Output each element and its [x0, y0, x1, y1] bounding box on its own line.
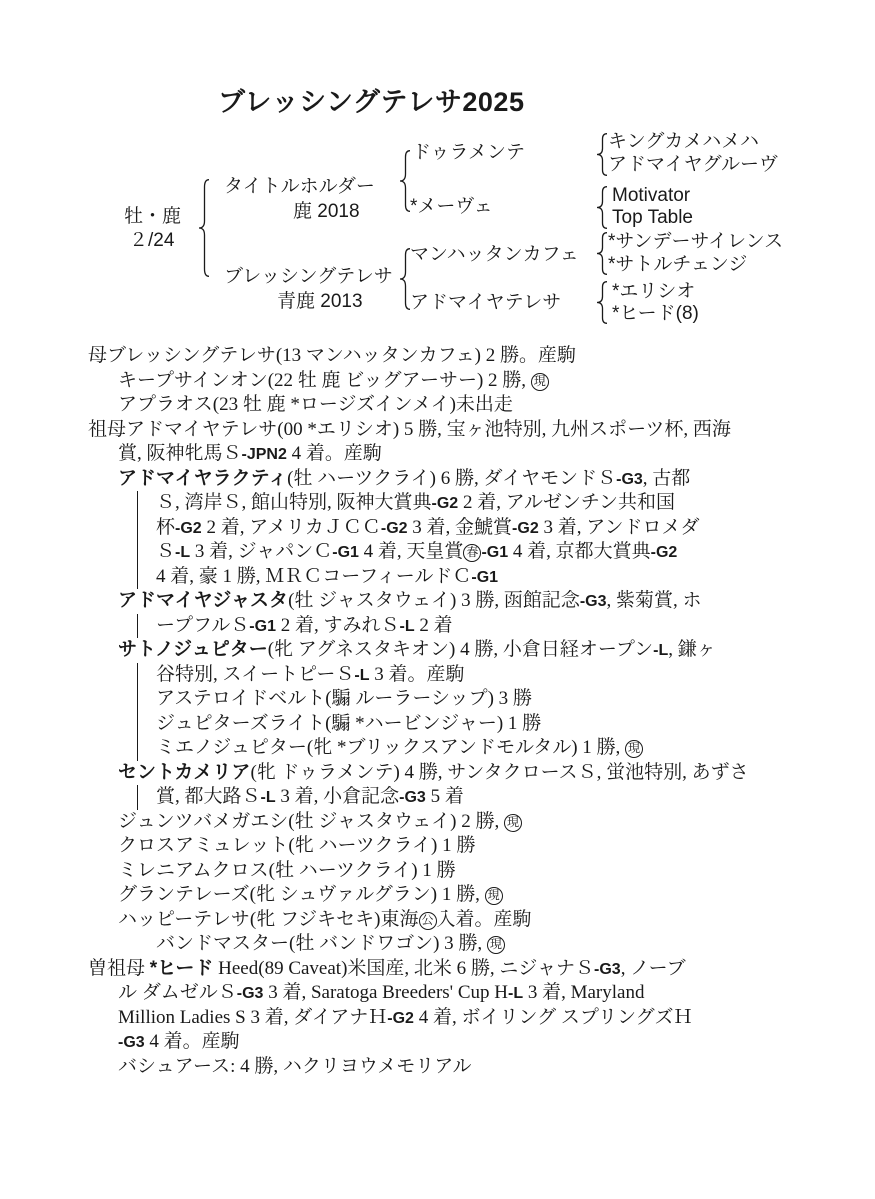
note-text: 3 着, アンドロメダ: [539, 517, 700, 538]
note-text: Million Ladies S 3 着, ダイアナＨ: [118, 1007, 387, 1028]
horse-name: セントカメリア: [118, 762, 250, 783]
note-text: 入着。産駒: [437, 909, 532, 930]
circled-mark: 現: [504, 814, 522, 832]
note-text: 4 着, 天皇賞: [359, 541, 464, 562]
note-text: , ノーブ: [621, 958, 686, 979]
grade-tag: -G2: [651, 544, 678, 561]
grade-tag: -G2: [432, 495, 459, 512]
sire-name: タイトルホルダー: [224, 176, 375, 197]
note-text: 4 着。産駒: [287, 443, 382, 464]
note-text: ミエノジュピター(牝 *ブリックスアンドモルタル) 1 勝,: [156, 737, 625, 758]
note-text: アステロイドベルト(騸 ルーラーシップ) 3 勝: [156, 688, 532, 709]
note-text: ハッピーテレサ(牝 フジキセキ)東海: [118, 909, 419, 930]
note-text: 3 着, 金鯱賞: [408, 517, 513, 538]
brace-icon: [596, 133, 608, 176]
note-text: 3 着, ジャパンＣ: [190, 541, 332, 562]
note-text: (牡 ジャスタウェイ) 3 勝, 函館記念: [288, 590, 580, 611]
dam-name: ブレッシングテレサ: [224, 266, 393, 287]
grade-tag: -G1: [332, 544, 359, 561]
grade-tag: -G3: [580, 593, 607, 610]
pedigree-line: ジュピターズライト(騸 *ハービンジャー) 1 勝: [88, 712, 788, 737]
brace-icon: [596, 281, 608, 324]
note-text: ミレニアムクロス(牡 ハーツクライ) 1 勝: [118, 860, 456, 881]
pedigree-line: 谷特別, スイートピーＳ-L 3 着。産駒: [88, 663, 788, 688]
pedigree-line: サトノジュピター(牝 アグネスタキオン) 4 勝, 小倉日経オープン-L, 鎌ヶ: [88, 638, 788, 663]
brace-icon: [596, 186, 608, 229]
note-text: Ｓ, 湾岸Ｓ, 館山特別, 阪神大賞典: [156, 492, 432, 513]
pedigree-notes: 母ブレッシングテレサ(13 マンハッタンカフェ) 2 勝。産駒キープサインオン(…: [88, 344, 788, 1079]
great-grandparent-name: *エリシオ: [612, 281, 695, 302]
note-text: グランテレーズ(牝 シュヴァルグラン) 1 勝,: [118, 884, 485, 905]
grade-tag: -L: [508, 985, 523, 1002]
note-text: バンドマスター(牡 バンドワゴン) 3 勝,: [156, 933, 487, 954]
grade-tag: -G3: [237, 985, 264, 1002]
note-text: 祖母アドマイヤテレサ(00 *エリシオ) 5 勝, 宝ヶ池特別, 九州スポーツ杯…: [88, 419, 731, 440]
note-text: 4 着, ボイリング スプリングズＨ: [414, 1007, 693, 1028]
pedigree-line: アドマイヤジャスタ(牡 ジャスタウェイ) 3 勝, 函館記念-G3, 紫菊賞, …: [88, 589, 788, 614]
circled-mark: 現: [625, 740, 643, 758]
note-text: Heed(89 Caveat)米国産, 北米 6 勝, ニジャナＳ: [213, 958, 594, 979]
note-text: (牡 ハーツクライ) 6 勝, ダイヤモンドＳ: [287, 468, 616, 489]
pedigree-line: 賞, 阪神牝馬Ｓ-JPN2 4 着。産駒: [88, 442, 788, 467]
circled-mark: 現: [531, 373, 549, 391]
subject-sex-coat: 牡・鹿: [124, 206, 181, 227]
circled-mark: 現: [487, 936, 505, 954]
note-text: , 鎌ヶ: [668, 639, 716, 660]
grade-tag: -G3: [399, 789, 426, 806]
great-grandparent-name: アドマイヤグルーヴ: [608, 154, 778, 175]
note-text: 杯: [156, 517, 175, 538]
pedigree-line: セントカメリア(牝 ドゥラメンテ) 4 勝, サンタクロースＳ, 蛍池特別, あ…: [88, 761, 788, 786]
note-text: 3 着, Maryland: [523, 982, 644, 1003]
pedigree-line: ル ダムゼルＳ-G3 3 着, Saratoga Breeders' Cup H…: [88, 981, 788, 1006]
note-text: バシュアース: 4 勝, ハクリヨウメモリアル: [118, 1056, 472, 1077]
note-text: 母ブレッシングテレサ(13 マンハッタンカフェ) 2 勝。産駒: [88, 345, 576, 366]
grade-tag: -L: [354, 667, 369, 684]
brace-icon: [596, 232, 608, 275]
brace-icon: [198, 179, 210, 277]
pedigree-line: クロスアミュレット(牝 ハーツクライ) 1 勝: [88, 834, 788, 859]
pedigree-line: グランテレーズ(牝 シュヴァルグラン) 1 勝, 現: [88, 883, 788, 908]
grade-tag: -L: [653, 642, 668, 659]
grandparent-name: アドマイヤテレサ: [410, 292, 561, 313]
grandparent-name: マンハッタンカフェ: [410, 244, 579, 265]
note-text: Ｓ: [156, 541, 175, 562]
note-text: 3 着。産駒: [369, 664, 464, 685]
note-text: 2 着, アルゼンチン共和国: [458, 492, 675, 513]
great-grandparent-name: *ヒード(8): [612, 303, 699, 324]
note-text: ジュピターズライト(騸 *ハービンジャー) 1 勝: [156, 713, 541, 734]
pedigree-line: Ｓ, 湾岸Ｓ, 館山特別, 阪神大賞典-G2 2 着, アルゼンチン共和国: [88, 491, 788, 516]
pedigree-line: アプラオス(23 牡 鹿 *ロージズインメイ)未出走: [88, 393, 788, 418]
great-grandparent-name: *サトルチェンジ: [608, 254, 747, 275]
note-text: 3 着, 小倉記念: [276, 786, 400, 807]
note-text: 4 着。産駒: [145, 1031, 240, 1052]
note-text: 4 着, 京都大賞典: [508, 541, 651, 562]
grade-tag: -L: [399, 618, 414, 635]
grandparent-name: ドゥラメンテ: [412, 142, 525, 163]
pedigree-line: ジュンツバメガエシ(牡 ジャスタウェイ) 2 勝, 現: [88, 810, 788, 835]
pedigree-line: ミエノジュピター(牝 *ブリックスアンドモルタル) 1 勝, 現: [88, 736, 788, 761]
pedigree-line: 母ブレッシングテレサ(13 マンハッタンカフェ) 2 勝。産駒: [88, 344, 788, 369]
note-text: , 紫菊賞, ホ: [607, 590, 702, 611]
note-text: 谷特別, スイートピーＳ: [156, 664, 354, 685]
pedigree-line: アドマイヤラクティ(牡 ハーツクライ) 6 勝, ダイヤモンドＳ-G3, 古都: [88, 467, 788, 492]
pedigree-line: キープサインオン(22 牡 鹿 ビッグアーサー) 2 勝, 現: [88, 369, 788, 394]
pedigree-line: 賞, 都大路Ｓ-L 3 着, 小倉記念-G3 5 着: [88, 785, 788, 810]
pedigree-page: { "colors": { "ink": "#1a1a1a", "paper":…: [0, 0, 875, 1199]
pedigree-line: 曽祖母 *ヒード Heed(89 Caveat)米国産, 北米 6 勝, ニジャ…: [88, 957, 788, 982]
note-text: 賞, 都大路Ｓ: [156, 786, 261, 807]
circled-mark: 公: [419, 912, 437, 930]
grade-tag: -G1: [481, 544, 508, 561]
pedigree-line: ープフルＳ-G1 2 着, すみれＳ-L 2 着: [88, 614, 788, 639]
great-grandparent-name: Motivator: [612, 185, 690, 206]
grade-tag: -G3: [118, 1034, 145, 1051]
dam-detail: 青鹿 2013: [277, 291, 363, 312]
pedigree-line: バンドマスター(牡 バンドワゴン) 3 勝, 現: [88, 932, 788, 957]
sire-detail: 鹿 2018: [293, 201, 360, 222]
note-text: 賞, 阪神牝馬Ｓ: [118, 443, 242, 464]
note-text: , 古都: [643, 468, 691, 489]
note-text: アプラオス(23 牡 鹿 *ロージズインメイ)未出走: [118, 394, 513, 415]
note-text: 曽祖母: [88, 958, 150, 979]
pedigree-line: 4 着, 豪 1 勝, ＭＲＣコーフィールドＣ-G1: [88, 565, 788, 590]
pedigree-line: -G3 4 着。産駒: [88, 1030, 788, 1055]
note-text: ジュンツバメガエシ(牡 ジャスタウェイ) 2 勝,: [118, 811, 504, 832]
subject-birth-date: ２/24: [129, 230, 174, 251]
circled-mark: 春: [463, 544, 481, 562]
grade-tag: -L: [261, 789, 276, 806]
note-text: キープサインオン(22 牡 鹿 ビッグアーサー) 2 勝,: [118, 370, 531, 391]
note-text: 4 着, 豪 1 勝, ＭＲＣコーフィールドＣ: [156, 566, 471, 587]
note-text: ープフルＳ: [156, 615, 249, 636]
note-text: (牝 アグネスタキオン) 4 勝, 小倉日経オープン: [268, 639, 653, 660]
note-text: 2 着: [415, 615, 453, 636]
grade-tag: -G1: [471, 569, 498, 586]
great-grandparent-name: *サンデーサイレンス: [608, 231, 783, 252]
horse-name: アドマイヤジャスタ: [118, 590, 288, 611]
grade-tag: -G1: [249, 618, 276, 635]
note-text: 3 着, Saratoga Breeders' Cup H: [263, 982, 508, 1003]
grade-tag: -G2: [387, 1010, 414, 1027]
page-title: ブレッシングテレサ2025: [218, 80, 524, 119]
note-text: クロスアミュレット(牝 ハーツクライ) 1 勝: [118, 835, 475, 856]
horse-name: サトノジュピター: [118, 639, 268, 660]
pedigree-line: Ｓ-L 3 着, ジャパンＣ-G1 4 着, 天皇賞春-G1 4 着, 京都大賞…: [88, 540, 788, 565]
note-text: 2 着, アメリカＪＣＣ: [202, 517, 381, 538]
grandparent-name: *メーヴェ: [410, 196, 493, 217]
grade-tag: -L: [175, 544, 190, 561]
note-text: ル ダムゼルＳ: [118, 982, 237, 1003]
great-grandparent-name: Top Table: [612, 207, 693, 228]
pedigree-line: 杯-G2 2 着, アメリカＪＣＣ-G2 3 着, 金鯱賞-G2 3 着, アン…: [88, 516, 788, 541]
note-text: 2 着, すみれＳ: [276, 615, 400, 636]
pedigree-line: バシュアース: 4 勝, ハクリヨウメモリアル: [88, 1055, 788, 1080]
pedigree-line: Million Ladies S 3 着, ダイアナＨ-G2 4 着, ボイリン…: [88, 1006, 788, 1031]
note-text: (牝 ドゥラメンテ) 4 勝, サンタクロースＳ, 蛍池特別, あずさ: [250, 762, 748, 783]
pedigree-line: アステロイドベルト(騸 ルーラーシップ) 3 勝: [88, 687, 788, 712]
grade-tag: -G2: [381, 520, 408, 537]
pedigree-line: 祖母アドマイヤテレサ(00 *エリシオ) 5 勝, 宝ヶ池特別, 九州スポーツ杯…: [88, 418, 788, 443]
great-grandparent-name: キングカメハメハ: [608, 131, 759, 152]
pedigree-line: ハッピーテレサ(牝 フジキセキ)東海公入着。産駒: [88, 908, 788, 933]
circled-mark: 現: [485, 887, 503, 905]
grade-tag: -JPN2: [242, 446, 287, 463]
pedigree-line: ミレニアムクロス(牡 ハーツクライ) 1 勝: [88, 859, 788, 884]
grade-tag: -G2: [175, 520, 202, 537]
grade-tag: -G2: [512, 520, 539, 537]
horse-name: アドマイヤラクティ: [118, 468, 287, 489]
horse-name: *ヒード: [150, 958, 214, 979]
grade-tag: -G3: [616, 471, 643, 488]
note-text: 5 着: [426, 786, 464, 807]
grade-tag: -G3: [594, 961, 621, 978]
